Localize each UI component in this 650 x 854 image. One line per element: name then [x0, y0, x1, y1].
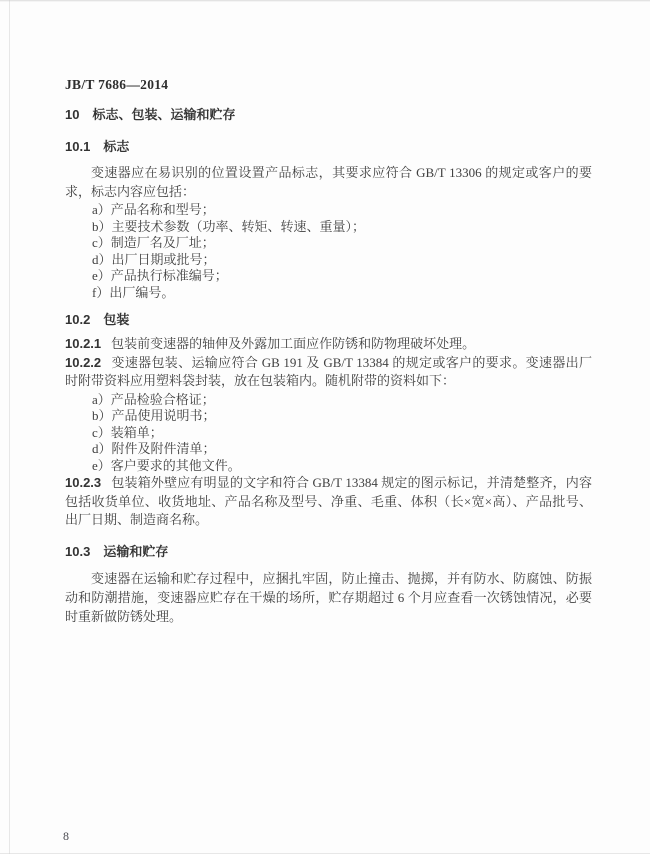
scan-edge-top	[0, 0, 650, 2]
clause-10-2-2-text: 变速器包装、运输应符合 GB 191 及 GB/T 13384 的规定或客户的要…	[65, 355, 592, 389]
section-10-number: 10	[65, 106, 79, 123]
scan-edge-left	[9, 0, 10, 854]
list-item: f）出厂编号。	[92, 285, 592, 302]
clause-10-2-2-number: 10.2.2	[65, 355, 101, 370]
section-10-3-number: 10.3	[65, 543, 90, 560]
section-10-3-heading: 10.3运输和贮存	[65, 543, 592, 560]
section-10-2-number: 10.2	[65, 311, 90, 328]
section-10-2-heading: 10.2包装	[65, 311, 592, 328]
list-item: b）主要技术参数（功率、转矩、转速、重量）；	[92, 219, 592, 236]
clause-10-2-2: 10.2.2变速器包装、运输应符合 GB 191 及 GB/T 13384 的规…	[65, 354, 592, 391]
section-10-1-number: 10.1	[65, 138, 90, 155]
clause-10-2-1: 10.2.1包装前变速器的轴伸及外露加工面应作防锈和防物理破坏处理。	[65, 335, 592, 354]
section-10-3-body: 变速器在运输和贮存过程中，应捆扎牢固，防止撞击、抛掷，并有防水、防腐蚀、防振动和…	[65, 569, 592, 626]
list-item: e）产品执行标准编号；	[92, 268, 592, 285]
list-item: d）出厂日期或批号；	[92, 252, 592, 269]
document-page: JB/T 7686—2014 10标志、包装、运输和贮存 10.1标志 变速器应…	[0, 0, 650, 854]
list-item: c）装箱单；	[92, 425, 592, 442]
section-10-title: 标志、包装、运输和贮存	[92, 107, 235, 122]
section-10-2-title: 包装	[103, 312, 129, 327]
list-item: e）客户要求的其他文件。	[92, 458, 592, 475]
list-item: b）产品使用说明书；	[92, 408, 592, 425]
section-10-1-intro: 变速器应在易识别的位置设置产品标志，其要求应符合 GB/T 13306 的规定或…	[65, 163, 592, 201]
section-10-3-title: 运输和贮存	[103, 544, 168, 559]
list-item: c）制造厂名及厂址；	[92, 235, 592, 252]
page-content: JB/T 7686—2014 10标志、包装、运输和贮存 10.1标志 变速器应…	[65, 76, 592, 626]
clause-10-2-3: 10.2.3包装箱外壁应有明显的文字和符合 GB/T 13384 规定的图示标记…	[65, 474, 592, 530]
section-10-1-title: 标志	[103, 139, 129, 154]
section-10-1-heading: 10.1标志	[65, 138, 592, 155]
list-item: a）产品名称和型号；	[92, 202, 592, 219]
clause-10-2-1-text: 包装前变速器的轴伸及外露加工面应作防锈和防物理破坏处理。	[111, 336, 475, 351]
clause-10-2-3-text: 包装箱外壁应有明显的文字和符合 GB/T 13384 规定的图示标记，并清楚整齐…	[65, 475, 592, 527]
section-10-heading: 10标志、包装、运输和贮存	[65, 106, 592, 123]
marking-items-list: a）产品名称和型号； b）主要技术参数（功率、转矩、转速、重量）； c）制造厂名…	[65, 202, 592, 301]
packing-documents-list: a）产品检验合格证； b）产品使用说明书； c）装箱单； d）附件及附件清单； …	[65, 392, 592, 475]
page-number: 8	[63, 829, 69, 843]
clause-10-2-1-number: 10.2.1	[65, 336, 101, 351]
list-item: d）附件及附件清单；	[92, 441, 592, 458]
list-item: a）产品检验合格证；	[92, 392, 592, 409]
standard-number: JB/T 7686—2014	[65, 76, 592, 93]
clause-10-2-3-number: 10.2.3	[65, 475, 101, 490]
